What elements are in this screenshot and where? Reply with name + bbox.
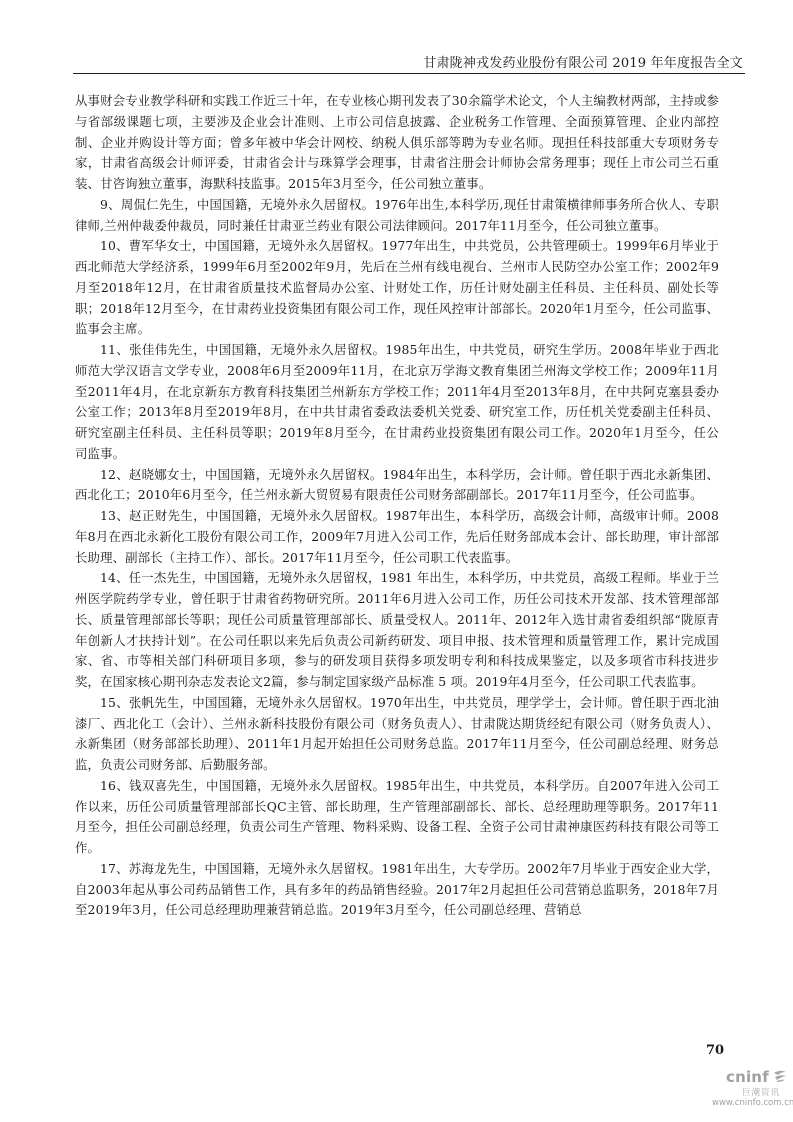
document-body: 从事财会专业教学科研和实践工作近三十年，在专业核心期刊发表了30余篇学术论文，个… <box>75 91 719 921</box>
paragraph-profile-11: 11、张佳伟先生，中国国籍，无境外永久居留权。1985年出生，中共党员，研究生学… <box>75 340 719 465</box>
page-header: 甘肃陇神戎发药业股份有限公司 2019 年年度报告全文 <box>73 48 745 74</box>
paragraph-profile-15: 15、张帆先生，中国国籍，无境外永久居留权。1970年出生，中共党员，理学学士，… <box>75 693 719 776</box>
cninfo-chinese-name: 巨潮资讯 <box>742 1086 780 1098</box>
paragraph-profile-17: 17、苏海龙先生，中国国籍，无境外永久居留权。1981年出生，大专学历。2002… <box>75 859 719 921</box>
cninfo-watermark: cninf 巨潮资讯 www.cninfo.com.cn <box>712 1068 792 1118</box>
paragraph-profile-16: 16、钱双喜先生，中国国籍，无境外永久居留权。1985年出生，中共党员，本科学历… <box>75 776 719 859</box>
cninfo-logo-text: cninf <box>726 1068 769 1086</box>
paragraph-continuation: 从事财会专业教学科研和实践工作近三十年，在专业核心期刊发表了30余篇学术论文，个… <box>75 91 719 195</box>
paragraph-profile-9: 9、周侃仁先生，中国国籍，无境外永久居留权。1976年出生,本科学历,现任甘肃策… <box>75 195 719 237</box>
cninfo-swirl-icon <box>772 1069 788 1083</box>
cninfo-url: www.cninfo.com.cn <box>712 1098 793 1108</box>
paragraph-profile-12: 12、赵晓娜女士，中国国籍，无境外永久居留权。1984年出生，本科学历，会计师。… <box>75 465 719 507</box>
page-number: 70 <box>706 1043 724 1058</box>
paragraph-profile-10: 10、曹军华女士，中国国籍，无境外永久居留权。1977年出生，中共党员，公共管理… <box>75 236 719 340</box>
paragraph-profile-13: 13、赵正财先生，中国国籍，无境外永久居留权。1987年出生，本科学历，高级会计… <box>75 506 719 568</box>
report-title: 甘肃陇神戎发药业股份有限公司 2019 年年度报告全文 <box>423 52 743 71</box>
paragraph-profile-14: 14、任一杰先生，中国国籍，无境外永久居留权，1981 年出生，本科学历，中共党… <box>75 568 719 693</box>
